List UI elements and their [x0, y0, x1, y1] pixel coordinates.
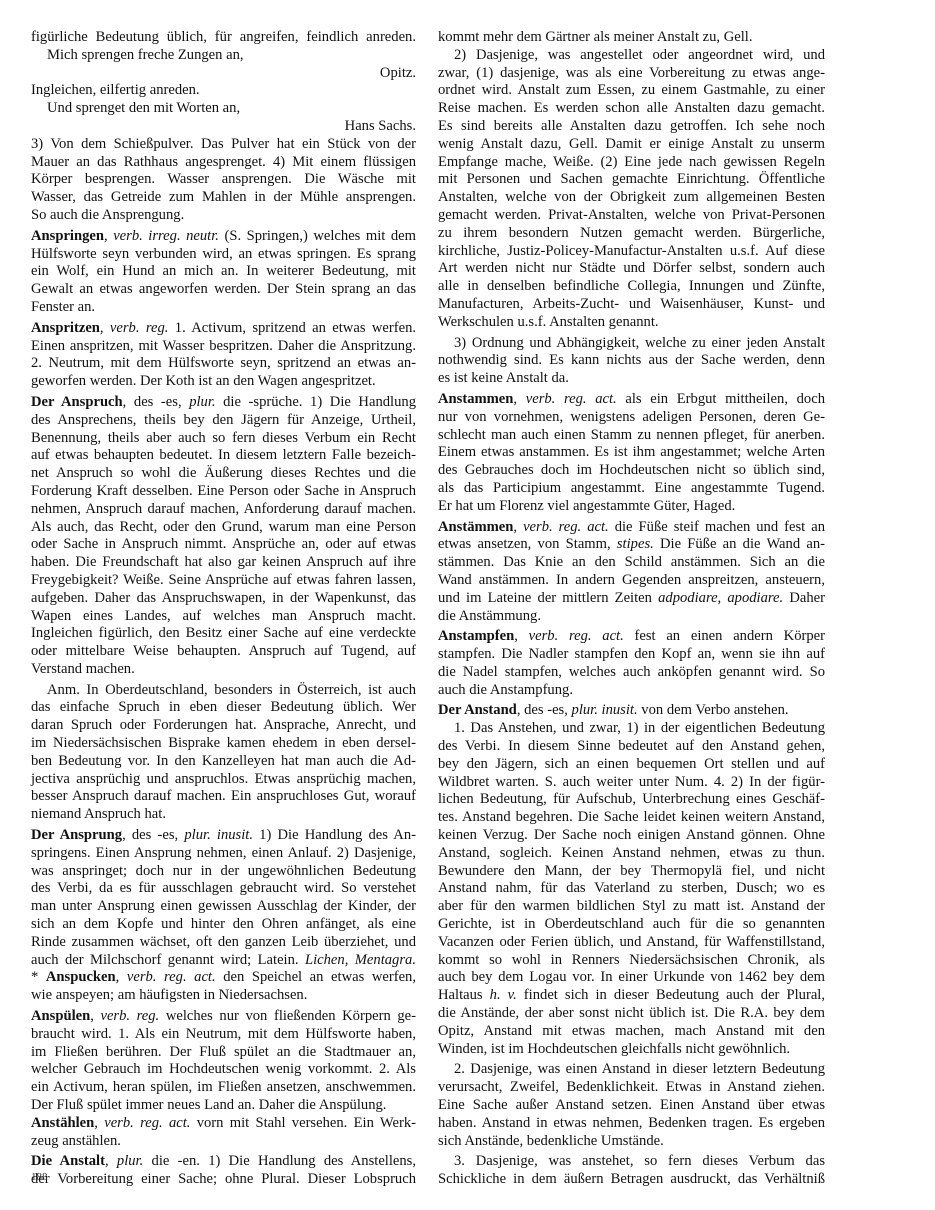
entry-headword-line: Anspritzen, verb. reg. 1. Activum, sprit… [31, 320, 416, 338]
grammar-label: verb. reg. [100, 1008, 159, 1024]
text-line: auch der Milchschorf genannt wird; Latei… [31, 952, 416, 970]
text-line: der Vorbereitung einer Sache; ohne Plura… [31, 1171, 416, 1189]
text-line: oder mittelbare Weise behaupten. Anspruc… [31, 643, 416, 661]
grammar-label: verb. reg. [110, 320, 169, 336]
text-line: des Verbi, da es für ausschlagen gebrauc… [31, 880, 416, 898]
headword: Anstammen [438, 391, 513, 407]
text-line: Und sprenget den mit Worten an, [31, 100, 416, 118]
text-line: des Ansprechens, theils bey den Jägern f… [31, 412, 416, 430]
text-line: figürliche Bedeutung üblich, für angreif… [31, 29, 416, 47]
latin-term: adpodiare, apodiare. [658, 590, 783, 606]
headword: Der Anstand [438, 702, 517, 718]
text-line: Opitz, Anstand mit etwas machen, mach An… [438, 1023, 825, 1041]
text-line: Empfange mache, Weiße. (2) Eine jede nac… [438, 154, 825, 172]
text-line: das einfache Spruch in eben dieser Bedeu… [31, 699, 416, 717]
headword: Anstampfen [438, 628, 514, 644]
text-line: 3) Von dem Schießpulver. Das Pulver hat … [31, 136, 416, 154]
text-line: haben. Die Freundschaft hat also gar kei… [31, 554, 416, 572]
entry-headword-line: Anstammen, verb. reg. act. als ein Erbgu… [438, 391, 825, 409]
text-line: Eine Sache außer Anstand setzen. Einen A… [438, 1097, 825, 1115]
text-line: braucht wird. 1. Als ein Neutrum, mit de… [31, 1026, 416, 1044]
grammar-label: verb. reg. act. [127, 969, 216, 985]
text-line: und im Lateine der mittlern Zeiten adpod… [438, 590, 825, 608]
text-line: jectiva ansprüchig und anspruchlos. Etwa… [31, 771, 416, 789]
text-line: Bewundere den Mann, der bey Thermopylä f… [438, 863, 825, 881]
entry-headword-line: Der Anspruch, des -es, plur. die -sprüch… [31, 394, 416, 412]
headword: Anstählen [31, 1115, 94, 1131]
text-line: Einen anspritzen, mit Wasser bespritzen.… [31, 338, 416, 356]
grammar-label: verb. reg. act. [523, 519, 609, 535]
text-line: zeug anstählen. [31, 1133, 416, 1151]
text-line: kommt mehr dem Gärtner als meiner Anstal… [438, 29, 825, 47]
text-line: Es sind bereits alle Anstalten dazu getr… [438, 118, 825, 136]
text-line: wenig Anstalt dazu, Gell. Damit er einig… [438, 136, 825, 154]
text-line: Anstand nahm, für das Vaterland zu sterb… [438, 880, 825, 898]
entry-headword-line: * Anspucken, verb. reg. act. den Speiche… [31, 969, 416, 987]
text-line: Anstalten, welche von der Obrigkeit zum … [438, 189, 825, 207]
entry-headword-line: Anspülen, verb. reg. welches nur von fli… [31, 1008, 416, 1026]
text-line: Wand anstämmen. In andern Gegenden anspr… [438, 572, 825, 590]
entry-headword-line: Anstampfen, verb. reg. act. fest an eine… [438, 628, 825, 646]
text-line: 2. Dasjenige, was einen Anstand in diese… [438, 1061, 825, 1079]
text-line: tes. Anstand begehren. Die Sache leidet … [438, 809, 825, 827]
text-line: des Verbi. In diesem Sinne bedeutet auf … [438, 738, 825, 756]
text-line: stampfen. Die Nadler stampfen den Kopf a… [438, 646, 825, 664]
text-line: die Nadel stampfen, welches auch anköpfe… [438, 664, 825, 682]
text-line: Schickliche in dem äußern Betragen ausdr… [438, 1171, 825, 1189]
text-line: des Gebrauches doch im Hochdeutschen nic… [438, 462, 825, 480]
text-line: schlecht man auch einen Stamm zu nennen … [438, 427, 825, 445]
text-line: Art werden nicht nur Städte und Dörfer s… [438, 260, 825, 278]
grammar-label: verb. reg. act. [529, 628, 624, 644]
text-line: Mauer an das Rathhaus angesprenget. 4) M… [31, 154, 416, 172]
text-line: geworfen werden. Der Koth ist an den Wag… [31, 373, 416, 391]
text-line: oder Sache in Anspruch nimmt. Ansprüche … [31, 536, 416, 554]
text-line: gemacht werden. Privat-Anstalten, welche… [438, 207, 825, 225]
text-line: keinen Verzug. Der Sache noch einigen An… [438, 827, 825, 845]
text-line: was anspringet; doch nur in der ungewöhn… [31, 863, 416, 881]
text-line: Gerichte, ist in Oberdeutschland auch fü… [438, 916, 825, 934]
text-line: Gewalt an etwas angeworfen werden. Der S… [31, 281, 416, 299]
text-line: bey den Jägern, sich an einen bequemen O… [438, 756, 825, 774]
text-line: man unter Ansprung einen gewissen Aussch… [31, 898, 416, 916]
text-line: Hans Sachs. [31, 118, 416, 136]
entry-headword-line: Anstämmen, verb. reg. act. die Füße stei… [438, 519, 825, 537]
text-line: Der Fluß spület immer neues Land an. Dah… [31, 1097, 416, 1115]
text-line: lichen Bedeutung, für Aufschub, Unterbre… [438, 791, 825, 809]
grammar-label: verb. reg. act. [104, 1115, 190, 1131]
grammar-label: plur. [117, 1153, 143, 1169]
headword: Der Anspruch [31, 394, 123, 410]
text-line: sich an dem Kopfe und hinter den Ohren a… [31, 916, 416, 934]
headword: Die Anstalt [31, 1153, 105, 1169]
text-line: Reise machen. Es werden schon alle Ansta… [438, 100, 825, 118]
text-line: Mich sprengen freche Zungen an, [31, 47, 416, 65]
text-line: Haltaus h. v. findet sich in dieser Bede… [438, 987, 825, 1005]
text-line: Rinde zusammen wächset, oft den ganzen L… [31, 934, 416, 952]
text-line: Körper besprengen. Wasser ansprengen. Di… [31, 171, 416, 189]
text-line: Werkschulen u.s.f. Anstalten genannt. [438, 314, 825, 332]
text-line: sich Anstände, bedenkliche Umstände. [438, 1133, 825, 1151]
text-line: Anm. In Oberdeutschland, besonders in Ös… [31, 682, 416, 700]
text-line: Wasser, das Getreide zum Mahlen in der M… [31, 189, 416, 207]
text-line: 2. Neutrum, mit dem Hülfsworte seyn, spr… [31, 355, 416, 373]
text-line: Er hat um Florenz viel angestammte Güter… [438, 498, 825, 516]
text-line: auch die Anstampfung. [438, 682, 825, 700]
text-line: aufgeben. Daher das Anspruchswapen, in d… [31, 590, 416, 608]
text-line: wie anspeyen; am häufigsten in Niedersac… [31, 987, 416, 1005]
entry-headword-line: Der Anstand, des -es, plur. inusit. von … [438, 702, 825, 720]
grammar-label: plur. [189, 394, 215, 410]
headword: Anspucken [46, 969, 116, 985]
headword: Anspritzen [31, 320, 100, 336]
headword: Anspülen [31, 1008, 90, 1024]
text-line: Forderung Kraft desselben. Eine Person o… [31, 483, 416, 501]
text-line: Als auch, das Recht, oder den Grund, war… [31, 519, 416, 537]
text-line: Verstand machen. [31, 661, 416, 679]
text-line: Fenster an. [31, 299, 416, 317]
text-line: es ist keine Anstalt da. [438, 370, 825, 388]
text-line: Wapen eines Landes, auf welches man Ansp… [31, 608, 416, 626]
grammar-label: verb. reg. act. [526, 391, 617, 407]
text-line: etwas ansetzen, von Stamm, stipes. Die F… [438, 536, 825, 554]
headword: Anstämmen [438, 519, 513, 535]
text-line: springens. Einen Ansprung nehmen, einen … [31, 845, 416, 863]
latin-term: h. v. [490, 987, 517, 1003]
text-line: auf etwas behaupten bedeutet. In diesem … [31, 447, 416, 465]
text-line: auch bey dem Logau vor. In einer Urkunde… [438, 969, 825, 987]
entry-headword-line: Anstählen, verb. reg. act. vorn mit Stah… [31, 1115, 416, 1133]
entry-headword-line: Anspringen, verb. irreg. neutr. (S. Spri… [31, 228, 416, 246]
text-line: als das Participium angestammt. Eine ang… [438, 480, 825, 498]
entry-headword-line: Der Ansprung, des -es, plur. inusit. 1) … [31, 827, 416, 845]
text-line: niemand Anspruch hat. [31, 806, 416, 824]
grammar-label: plur. inusit. [572, 702, 638, 718]
text-line: Opitz. [31, 65, 416, 83]
text-line: haben. Anstand in etwas nehmen, Bedenken… [438, 1115, 825, 1133]
text-line: die Anstämmung. [438, 608, 825, 626]
text-line: verursacht, Zweifel, Bedenklichkeit. Etw… [438, 1079, 825, 1097]
text-line: im Niedersächsischen Bisprake kamen ehed… [31, 735, 416, 753]
text-line: 3. Dasjenige, was anstehet, so fern dies… [438, 1153, 825, 1171]
text-line: Wildbret warten. S. auch weiter unter Nu… [438, 774, 825, 792]
grammar-label: verb. irreg. neutr. [113, 228, 219, 244]
text-line: 3) Ordnung und Abhängigkeit, welche zu e… [438, 335, 825, 353]
text-line: zwar, (1) dasjenige, was als eine Vorber… [438, 65, 825, 83]
grammar-label: plur. inusit. [184, 827, 253, 843]
text-line: Benennung, theils aber auch so fern dies… [31, 430, 416, 448]
text-line: 2) Dasjenige, was angestellet oder angeo… [438, 47, 825, 65]
text-line: die Anstände, der aber sonst nicht üblic… [438, 1005, 825, 1023]
text-line: ein Activum, heran spülen, im Fließen an… [31, 1079, 416, 1097]
text-line: Ingleichen, eilfertig anreden. [31, 82, 416, 100]
text-line: besser Anspruch darauf machen. Ein anspr… [31, 788, 416, 806]
right-column: kommt mehr dem Gärtner als meiner Anstal… [438, 29, 825, 1189]
text-line: Winden, ist im Hochdeutschen gleichfalls… [438, 1041, 825, 1059]
latin-term: stipes. [617, 536, 654, 552]
text-line: ein Wolf, ein Hund an mich an. In weiter… [31, 263, 416, 281]
text-line: ben Bedeutung vor. In den Kanzelleyen ha… [31, 753, 416, 771]
text-line: Freygebigkeit? Weiße. Seine Ansprüche au… [31, 572, 416, 590]
headword: Der Ansprung [31, 827, 122, 843]
text-line: 1. Das Anstehen, und zwar, 1) in der eig… [438, 720, 825, 738]
text-line: stämmen. Das Knie an den Schild anstämme… [438, 554, 825, 572]
text-line: alle in denselben befindliche Collegia, … [438, 278, 825, 296]
text-line: kommt so wohl in Renners Niedersächsisch… [438, 952, 825, 970]
entry-headword-line: Die Anstalt, plur. die -en. 1) Die Handl… [31, 1153, 416, 1171]
text-line: im Fließen berühren. Der Fluß spület an … [31, 1044, 416, 1062]
text-line: zu ihrem besondern Nutzen gemacht werden… [438, 225, 825, 243]
text-line: nothwendig sind. Es kann nichts aus der … [438, 352, 825, 370]
text-line: Vacanzen oder Ferien üblich, und Anstand… [438, 934, 825, 952]
text-line: daran Spruch oder Forderungen hat. Anspr… [31, 717, 416, 735]
text-line: Anstand, sogleich. Keinen Anstand nehmen… [438, 845, 825, 863]
latin-term: Lichen, Mentagra. [305, 952, 416, 968]
text-line: Manufacturen, Arbeits-Zucht- und Waisenh… [438, 296, 825, 314]
text-line: net Anspruch so wohl die Äußerung dieses… [31, 465, 416, 483]
text-line: So auch die Ansprengung. [31, 207, 416, 225]
page-number: 188 [31, 1171, 48, 1183]
text-line: nehmen, Anspruch darauf machen, Anforder… [31, 501, 416, 519]
left-column: figürliche Bedeutung üblich, für angreif… [31, 29, 416, 1189]
text-line: Ingleichen figürlich, den Besitz einer S… [31, 625, 416, 643]
text-line: ordnet wird. Anstalt zum Essen, zu einem… [438, 82, 825, 100]
headword: Anspringen [31, 228, 104, 244]
text-line: kirchliche, Justiz-Policey-Manufactur-An… [438, 243, 825, 261]
text-line: Einem etwas anstammen. Es ist ihm angest… [438, 444, 825, 462]
text-line: welcher Gebrauch im Hochdeutschen wenig … [31, 1061, 416, 1079]
text-line: aber für den warmen bildlichen Styl zu m… [438, 898, 825, 916]
text-line: Hülfsworte seyn verbunden wird, an etwas… [31, 246, 416, 264]
text-line: mit Personen und Sachen gemachte Einrich… [438, 171, 825, 189]
text-line: nur von vornehmen, wenigstens adeligen P… [438, 409, 825, 427]
